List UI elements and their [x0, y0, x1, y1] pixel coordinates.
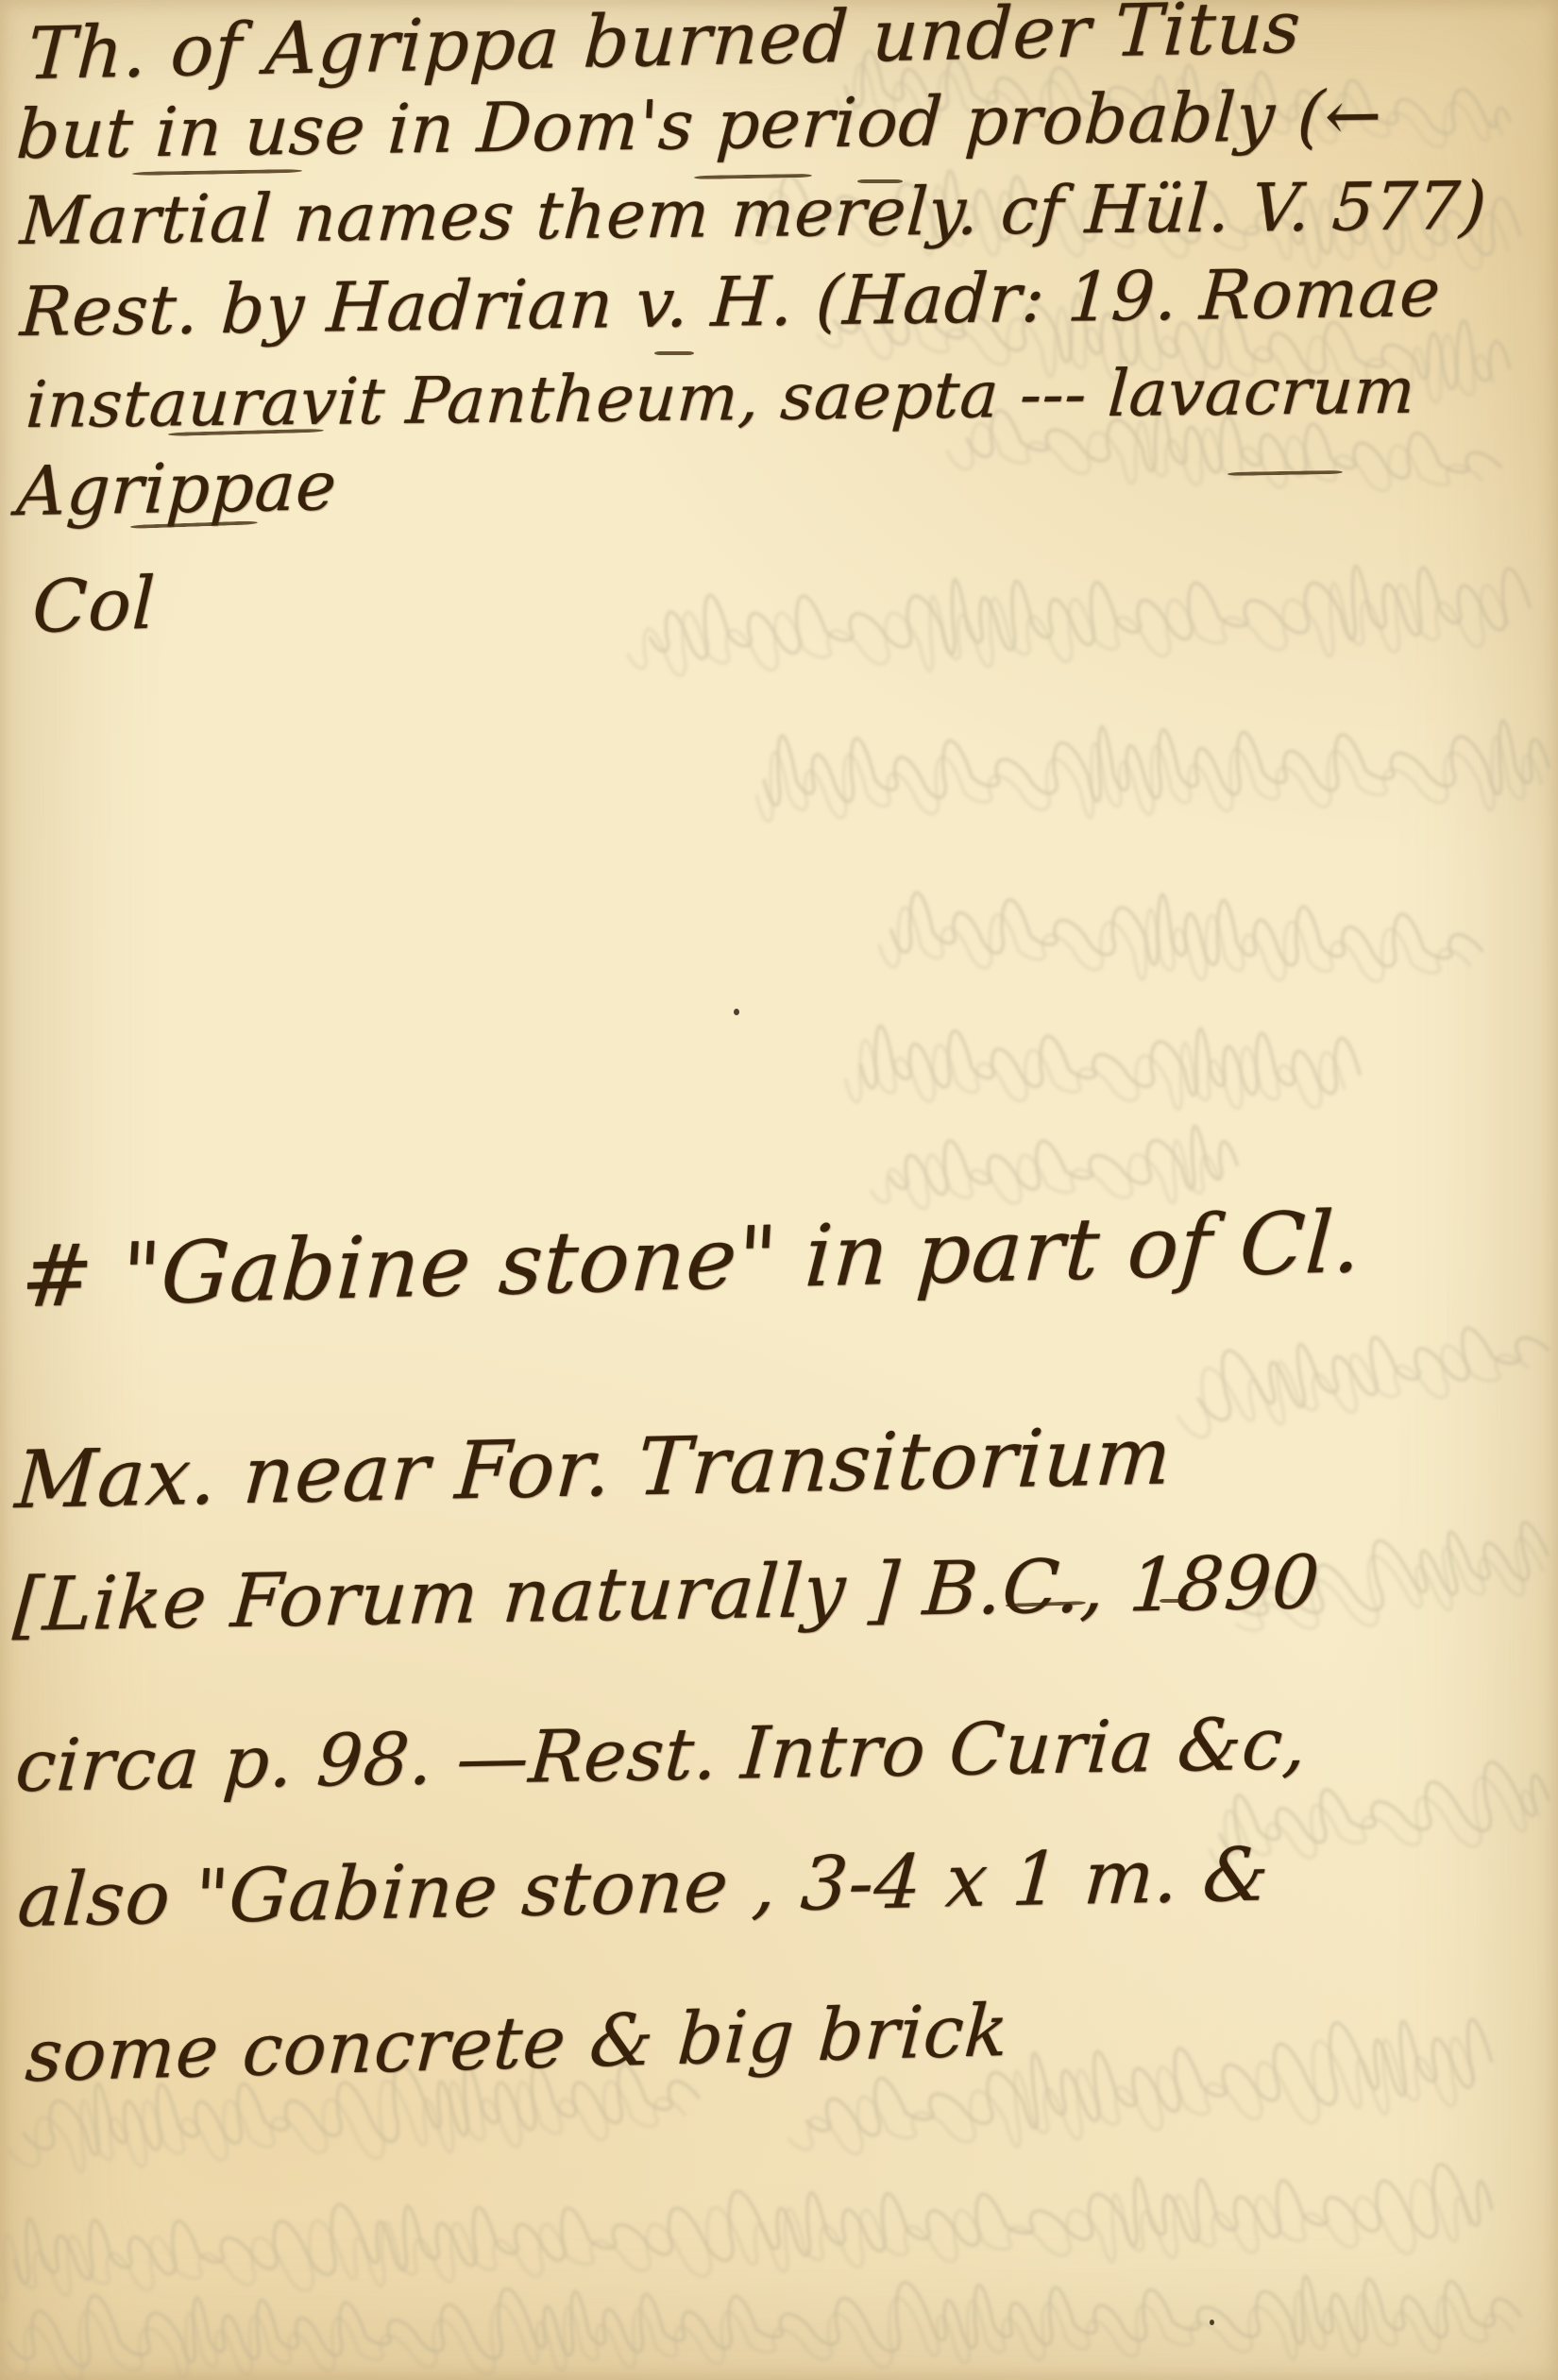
handwritten-line: [Like Forum naturally ] B.C., 1890: [11, 1540, 1323, 1648]
handwritten-annotation: Col: [31, 560, 158, 649]
underline-stroke: [1160, 1599, 1188, 1603]
ink-bleed-through: [773, 711, 1550, 818]
ink-bleed-through: [1223, 1300, 1552, 1428]
handwritten-line: Max. near For. Transitorium: [12, 1409, 1175, 1526]
ink-speck: [734, 1009, 739, 1015]
ink-bleed-through: [868, 1015, 1360, 1108]
handwritten-line: also "Gabine stone , 3-4 x 1 m. &: [15, 1832, 1272, 1944]
note-page: Th. of Agrippa burned under Titus but in…: [0, 0, 1558, 2380]
handwritten-line: # "Gabine stone" in part of Cl.: [19, 1193, 1365, 1327]
ink-speck: [1210, 2320, 1214, 2325]
underline-stroke: [654, 351, 694, 355]
ink-bleed-through: [896, 1118, 1239, 1210]
handwritten-line: circa p. 98. —Rest. Intro Curia &c,: [13, 1701, 1310, 1808]
ink-bleed-through: [651, 552, 1532, 675]
ink-bleed-through: [896, 877, 1484, 987]
underline-stroke: [857, 179, 903, 183]
handwritten-line: Agrippae: [15, 446, 339, 531]
handwritten-line: Martial names them merely. cf Hül. V. 57…: [18, 167, 1489, 260]
handwritten-line: instauravit Pantheum, saepta --- lavacru…: [24, 354, 1417, 443]
